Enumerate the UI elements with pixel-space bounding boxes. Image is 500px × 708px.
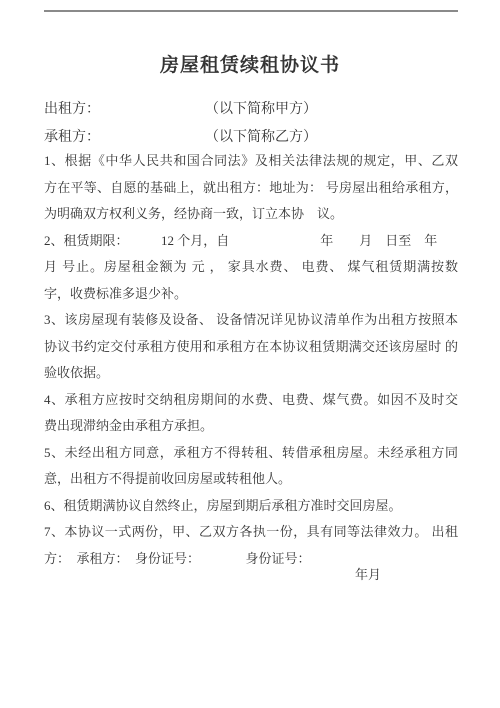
- clause-3-line-3: 验收依据。: [44, 360, 458, 387]
- clause-2-line-1: 2、租赁期限： 12 个月，自 年 月 日至 年: [44, 228, 458, 255]
- clause-3-line-1: 3、该房屋现有装修及设备、 设备情况详见协议清单作为出租方按照本: [44, 307, 458, 334]
- clause-2-line-3: 字，收费标准多退少补。: [44, 281, 458, 308]
- clause-1-line-2: 方在平等、自愿的基础上，就出租方：地址为： 号房屋出租给承租方，: [44, 175, 458, 202]
- clause-2-line-2: 月 号止。房屋租金额为 元 ， 家具水费、 电费、 煤气租赁期满按数: [44, 254, 458, 281]
- clause-1-line-1: 1、根据《中华人民共和国合同法》及相关法律法规的规定，甲、乙双: [44, 148, 458, 175]
- document-page: 房屋租赁续租协议书 出租方：（以下简称甲方） 承租方：（以下简称乙方） 1、根据…: [0, 0, 500, 708]
- document-title: 房屋租赁续租协议书: [0, 55, 500, 77]
- lessor-note: （以下简称甲方）: [205, 102, 317, 117]
- clause-7-line-1: 7、本协议一式两份，甲、乙双方各执一份，具有同等法律效力。 出租: [44, 519, 458, 546]
- clause-1-line-3: 为明确双方权利义务，经协商一致，订立本协 议。: [44, 201, 458, 228]
- clause-6-line-1: 6、租赁期满协议自然终止，房屋到期后承租方准时交回房屋。: [44, 493, 458, 520]
- clause-4-line-1: 4、承租方应按时交纳租房期间的水费、电费、煤气费。如因不及时交: [44, 387, 458, 414]
- parties-section: 出租方：（以下简称甲方） 承租方：（以下简称乙方）: [0, 96, 500, 152]
- clause-3-line-2: 协议书约定交付承租方使用和承租方在本协议租赁期满交还该房屋时 的: [44, 334, 458, 361]
- lessor-label: 出租方：: [44, 96, 205, 124]
- clause-5-line-2: 意，出租方不得提前收回房屋或转租他人。: [44, 466, 458, 493]
- lessee-note: （以下简称乙方）: [205, 130, 317, 145]
- clauses-section: 1、根据《中华人民共和国合同法》及相关法律法规的规定，甲、乙双方在平等、自愿的基…: [0, 148, 500, 572]
- clause-4-line-2: 费出现滞纳金由承租方承担。: [44, 413, 458, 440]
- party-row-lessor: 出租方：（以下简称甲方）: [44, 96, 458, 124]
- header-rule: [44, 10, 458, 12]
- clause-5-line-1: 5、未经出租方同意，承租方不得转租、转借承租房屋。未经承租方同: [44, 440, 458, 467]
